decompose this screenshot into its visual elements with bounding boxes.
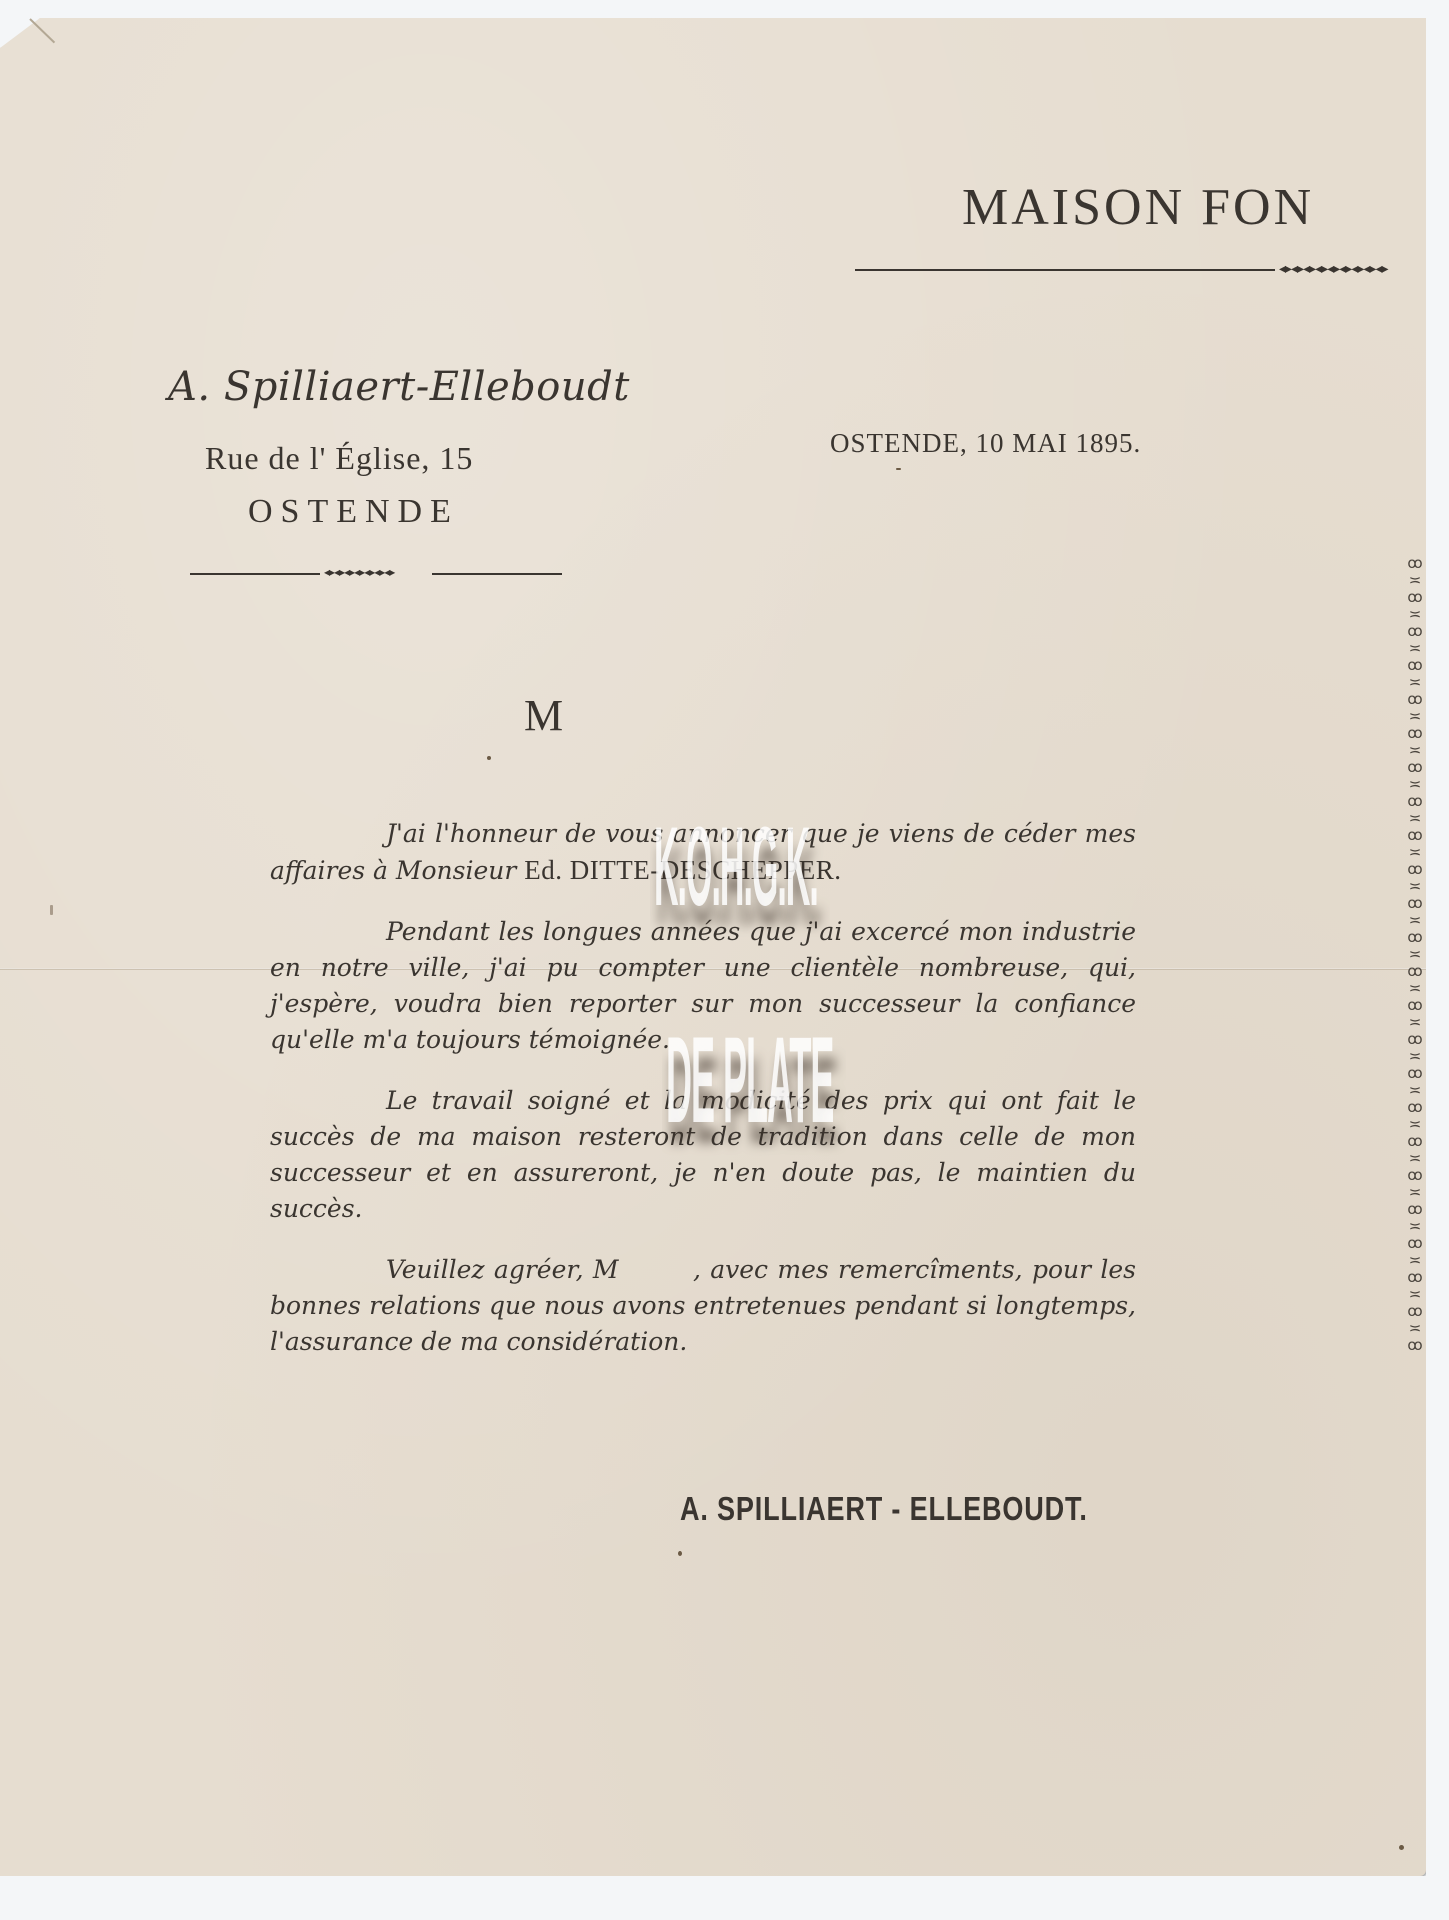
sender-street-address: Rue de l' Église, 15: [205, 440, 473, 477]
salutation: M: [524, 690, 563, 741]
right-ornamental-border: ꝏ≍ꝏ≍ꝏ≍ꝏ≍ꝏ≍ꝏ≍ꝏ≍ꝏ≍ꝏ≍ꝏ≍ꝏ≍ꝏ≍ꝏ≍ꝏ≍ꝏ≍ꝏ≍ꝏ≍ꝏ≍ꝏ≍ꝏ≍…: [1404, 555, 1426, 1355]
date-line: OSTENDE, 10 MAI 1895.: [830, 428, 1141, 459]
rule-line-right: [432, 573, 562, 575]
watermark-line-2: DE PLATE: [666, 1010, 833, 1153]
sender-ornamental-rule: ◂▸◂▸◂▸◂▸◂▸◂▸◂▸: [190, 568, 562, 580]
letterhead-ornamental-rule: ◂▸◂▸◂▸◂▸◂▸◂▸◂▸◂▸◂▸: [855, 264, 1426, 276]
letterhead-title: MAISON FON: [962, 178, 1426, 237]
watermark-line-1: K.O.H.G.K.: [654, 806, 818, 935]
ornament-glyphs: ◂▸◂▸◂▸◂▸◂▸◂▸◂▸◂▸◂▸: [1279, 264, 1388, 276]
ornament-glyphs: ◂▸◂▸◂▸◂▸◂▸◂▸◂▸: [324, 565, 394, 579]
paper-speck: [487, 756, 491, 760]
paper-speck: [678, 1551, 682, 1556]
paper-speck: [896, 468, 901, 470]
paper-speck: [1399, 1845, 1404, 1850]
sender-name: A. Spilliaert-Elleboudt: [168, 364, 630, 410]
sender-city: OSTENDE: [248, 493, 459, 531]
signature: A. SPILLIAERT - ELLEBOUDT.: [680, 1490, 1088, 1528]
rule-line: [855, 269, 1275, 271]
rule-line-left: [190, 573, 320, 575]
paper-speck: [50, 905, 53, 915]
paragraph-4: Veuillez agréer, M , avec mes remercîmen…: [270, 1252, 1136, 1360]
